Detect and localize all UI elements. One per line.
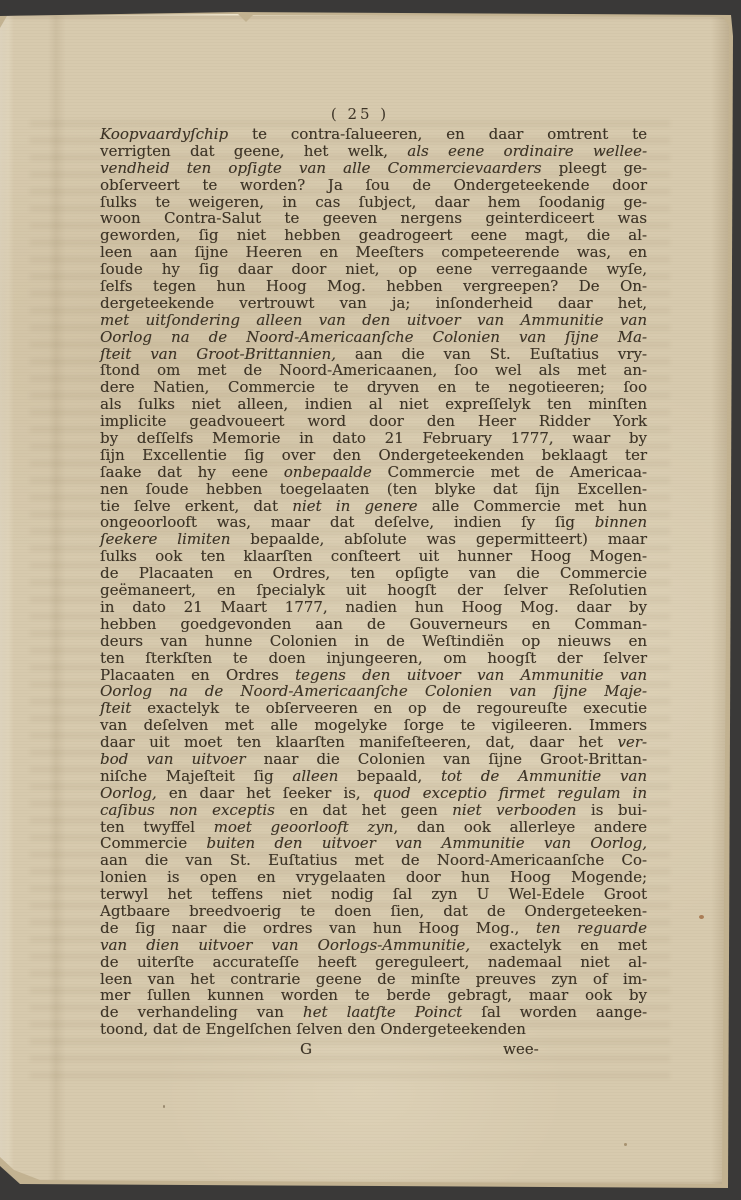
- text-segment: alle Commercie met hun: [418, 497, 647, 515]
- italic-text-segment: Oorlog,: [100, 784, 157, 802]
- text-line: met uitſondering alleen van den uitvoer …: [100, 312, 647, 329]
- italic-text-segment: moet geoorlooft zyn: [214, 818, 394, 836]
- text-line: de verhandeling van het laatſte Poinct ſ…: [100, 1004, 647, 1021]
- text-block: Koopvaardyſchip te contra-ſalueeren, en …: [100, 126, 647, 1038]
- text-segment: woon Contra-Salut te geeven nergens gein…: [100, 209, 647, 227]
- text-line: lonien is open en vrygelaaten door hun H…: [100, 869, 647, 886]
- text-line: Oorlog, en daar het ſeeker is, quod exce…: [100, 785, 647, 802]
- text-line: tie ſelve erkent, dat niet in genere all…: [100, 498, 647, 515]
- italic-text-segment: Koopvaardyſchip: [100, 125, 228, 143]
- text-line: niſche Majeſteit ſig alleen bepaald, tot…: [100, 768, 647, 785]
- text-segment: implicite geadvoueert word door den Heer…: [100, 412, 647, 430]
- text-line: toond, dat de Engelſchen ſelven den Onde…: [100, 1021, 647, 1038]
- text-segment: tie ſelve erkent, dat: [100, 497, 292, 515]
- text-segment: hebben goedgevonden aan de Gouverneurs e…: [100, 615, 647, 633]
- text-line: ſaake dat hy eene onbepaalde Commercie m…: [100, 464, 647, 481]
- text-segment: toond, dat de Engelſchen ſelven den Onde…: [100, 1020, 526, 1038]
- text-line: geëmaneert, en ſpecialyk uit hoogſt der …: [100, 582, 647, 599]
- text-segment: deurs van hunne Colonien in de Weſtindië…: [100, 632, 647, 650]
- text-line: terwyl het teffens niet nodig ſal zyn U …: [100, 886, 647, 903]
- foxing-speck: [624, 1143, 627, 1146]
- text-segment: Commercie: [100, 834, 206, 852]
- text-segment: niſche Majeſteit ſig: [100, 767, 292, 785]
- text-segment: de verhandeling van: [100, 1003, 303, 1021]
- text-segment: dergeteekende vertrouwt van ja; inſonder…: [100, 294, 647, 312]
- text-line: ongeoorlooft was, maar dat deſelve, indi…: [100, 514, 647, 531]
- text-segment: leen aan ſijne Heeren en Meeſters compet…: [100, 243, 647, 261]
- text-line: ſulks ook ten klaarſten conſteert uit hu…: [100, 548, 647, 565]
- text-segment: ſijn Excellentie ſig over den Ondergetee…: [100, 446, 647, 464]
- text-segment: de ſig naar die ordres van hun Hoog Mog.…: [100, 919, 536, 937]
- text-line: dere Natien, Commercie te dryven en te n…: [100, 379, 647, 396]
- text-line: leen van het contrarie geene de minſte p…: [100, 971, 647, 988]
- italic-text-segment: vendheid ten opſigte van alle Commerciev…: [100, 159, 541, 177]
- text-segment: ſtond om met de Noord-Americaanen, ſoo w…: [100, 361, 647, 379]
- italic-text-segment: buiten den uitvoer van Ammunitie van Oor…: [206, 834, 647, 852]
- text-segment: Placaaten en Ordres: [100, 666, 295, 684]
- text-segment: bepaald,: [338, 767, 441, 785]
- text-segment: aan die van St. Euſtatius vry-: [336, 345, 647, 363]
- text-segment: geworden, ſig niet hebben geadrogeert ee…: [100, 226, 647, 244]
- text-line: van deſelven met alle mogelyke ſorge te …: [100, 717, 647, 734]
- italic-text-segment: van dien uitvoer van Oorlogs-Ammunitie,: [100, 936, 470, 954]
- text-line: ſulks te weigeren, in cas ſubject, daar …: [100, 194, 647, 211]
- italic-text-segment: Oorlog na de Noord-Americaanſche Colonie…: [100, 682, 647, 700]
- text-line: ſijn Excellentie ſig over den Ondergetee…: [100, 447, 647, 464]
- italic-text-segment: quod exceptio firmet regulam in: [373, 784, 647, 802]
- italic-text-segment: niet verbooden: [452, 801, 576, 819]
- text-line: geworden, ſig niet hebben geadrogeert ee…: [100, 227, 647, 244]
- text-segment: exactelyk te obſerveeren en op de regour…: [131, 699, 647, 717]
- foxing-speck: [699, 915, 704, 919]
- italic-text-segment: ver-: [617, 733, 647, 751]
- text-line: van dien uitvoer van Oorlogs-Ammunitie, …: [100, 937, 647, 954]
- text-segment: ongeoorlooft was, maar dat deſelve, indi…: [100, 513, 595, 531]
- text-line: Koopvaardyſchip te contra-ſalueeren, en …: [100, 126, 647, 143]
- text-segment: Commercie met de Americaa-: [372, 463, 647, 481]
- text-line: leen aan ſijne Heeren en Meeſters compet…: [100, 244, 647, 261]
- text-line: ſteit exactelyk te obſerveeren en op de …: [100, 700, 647, 717]
- text-segment: Agtbaare breedvoerig te doen ſien, dat d…: [100, 902, 647, 920]
- italic-text-segment: caſibus non exceptis: [100, 801, 275, 819]
- text-line: in dato 21 Maart 1777, nadien hun Hoog M…: [100, 599, 647, 616]
- text-segment: nen ſoude hebben toegelaaten (ten blyke …: [100, 480, 647, 498]
- text-line: Oorlog na de Noord-Americaanſche Colonie…: [100, 329, 647, 346]
- text-line: aan die van St. Euſtatius met de Noord-A…: [100, 852, 647, 869]
- italic-text-segment: alleen: [292, 767, 338, 785]
- text-line: implicite geadvoueert word door den Heer…: [100, 413, 647, 430]
- text-line: daar uit moet ten klaarſten manifeſteere…: [100, 734, 647, 751]
- text-line: caſibus non exceptis en dat het geen nie…: [100, 802, 647, 819]
- text-segment: bepaalde, abſolute was gepermitteert) ma…: [230, 530, 647, 548]
- text-segment: verrigten dat geene, het welk,: [100, 142, 407, 160]
- text-segment: ſaake dat hy eene: [100, 463, 284, 481]
- text-segment: aan die van St. Euſtatius met de Noord-A…: [100, 851, 647, 869]
- text-segment: exactelyk en met: [470, 936, 647, 954]
- text-line: woon Contra-Salut te geeven nergens gein…: [100, 210, 647, 227]
- italic-text-segment: binnen: [595, 513, 647, 531]
- text-line: ten ſterkſten te doen injungeeren, om ho…: [100, 650, 647, 667]
- text-line: Placaaten en Ordres tegens den uitvoer v…: [100, 667, 647, 684]
- text-segment: dere Natien, Commercie te dryven en te n…: [100, 378, 647, 396]
- text-segment: en dat het geen: [275, 801, 452, 819]
- text-line: vendheid ten opſigte van alle Commerciev…: [100, 160, 647, 177]
- text-segment: naar die Colonien van ſijne Groot-Britta…: [246, 750, 647, 768]
- text-line: hebben goedgevonden aan de Gouverneurs e…: [100, 616, 647, 633]
- italic-text-segment: ten reguarde: [536, 919, 647, 937]
- text-segment: mer ſullen kunnen worden te berde gebrag…: [100, 986, 647, 1004]
- text-line: by deſſelfs Memorie in dato 21 February …: [100, 430, 647, 447]
- text-segment: als ſulks niet alleen, indien al niet ex…: [100, 395, 647, 413]
- text-segment: en daar het ſeeker is,: [157, 784, 373, 802]
- text-line: ſoude hy ſig daar door niet, op eene ver…: [100, 261, 647, 278]
- text-line: ſelfs tegen hun Hoog Mog. hebben vergree…: [100, 278, 647, 295]
- text-line: nen ſoude hebben toegelaaten (ten blyke …: [100, 481, 647, 498]
- text-line: bod van uitvoer naar die Colonien van ſi…: [100, 751, 647, 768]
- text-segment: obſerveert te worden? Ja ſou de Onderget…: [100, 176, 647, 194]
- italic-text-segment: ſeekere limiten: [100, 530, 230, 548]
- text-segment: van deſelven met alle mogelyke ſorge te …: [100, 716, 647, 734]
- text-segment: ſal worden aange-: [462, 1003, 647, 1021]
- text-segment: ſulks ook ten klaarſten conſteert uit hu…: [100, 547, 647, 565]
- text-line: ſtond om met de Noord-Americaanen, ſoo w…: [100, 362, 647, 379]
- italic-text-segment: niet in genere: [292, 497, 417, 515]
- text-segment: ſelfs tegen hun Hoog Mog. hebben vergree…: [100, 277, 647, 295]
- text-line: Oorlog na de Noord-Americaanſche Colonie…: [100, 683, 647, 700]
- text-segment: daar uit moet ten klaarſten manifeſteere…: [100, 733, 617, 751]
- text-line: verrigten dat geene, het welk, als eene …: [100, 143, 647, 160]
- signature-mark: G: [300, 1040, 312, 1058]
- text-segment: de Placaaten en Ordres, ten opſigte van …: [100, 564, 647, 582]
- italic-text-segment: tot de Ammunitie van: [441, 767, 647, 785]
- italic-text-segment: ſteit: [100, 699, 131, 717]
- text-segment: terwyl het teffens niet nodig ſal zyn U …: [100, 885, 647, 903]
- text-segment: leen van het contrarie geene de minſte p…: [100, 970, 647, 988]
- italic-text-segment: tegens den uitvoer van Ammunitie van: [295, 666, 647, 684]
- text-segment: by deſſelfs Memorie in dato 21 February …: [100, 429, 647, 447]
- text-line: Agtbaare breedvoerig te doen ſien, dat d…: [100, 903, 647, 920]
- text-segment: ten ſterkſten te doen injungeeren, om ho…: [100, 649, 647, 667]
- text-segment: te contra-ſalueeren, en daar omtrent te: [228, 125, 647, 143]
- scanned-book-page: ( 25 ) Koopvaardyſchip te contra-ſalueer…: [0, 0, 741, 1200]
- text-segment: is bui-: [576, 801, 647, 819]
- text-segment: ſulks te weigeren, in cas ſubject, daar …: [100, 193, 647, 211]
- text-segment: pleegt ge-: [541, 159, 647, 177]
- text-line: de uiterſte accurateſſe heeft gereguleer…: [100, 954, 647, 971]
- catchline: G wee-: [100, 1040, 647, 1058]
- text-segment: lonien is open en vrygelaaten door hun H…: [100, 868, 647, 886]
- text-line: dergeteekende vertrouwt van ja; inſonder…: [100, 295, 647, 312]
- text-line: mer ſullen kunnen worden te berde gebrag…: [100, 987, 647, 1004]
- text-segment: de uiterſte accurateſſe heeft gereguleer…: [100, 953, 647, 971]
- text-segment: in dato 21 Maart 1777, nadien hun Hoog M…: [100, 598, 647, 616]
- text-line: de Placaaten en Ordres, ten opſigte van …: [100, 565, 647, 582]
- italic-text-segment: als eene ordinaire wellee-: [407, 142, 647, 160]
- italic-text-segment: Oorlog na de Noord-Americaanſche Colonie…: [100, 328, 647, 346]
- text-line: ten twyffel moet geoorlooft zyn, dan ook…: [100, 819, 647, 836]
- catchword: wee-: [503, 1040, 539, 1058]
- text-segment: geëmaneert, en ſpecialyk uit hoogſt der …: [100, 581, 647, 599]
- text-line: Commercie buiten den uitvoer van Ammunit…: [100, 835, 647, 852]
- text-line: ſteit van Groot-Brittannien, aan die van…: [100, 346, 647, 363]
- text-line: obſerveert te worden? Ja ſou de Onderget…: [100, 177, 647, 194]
- italic-text-segment: bod van uitvoer: [100, 750, 246, 768]
- text-line: de ſig naar die ordres van hun Hoog Mog.…: [100, 920, 647, 937]
- italic-text-segment: het laatſte Poinct: [303, 1003, 462, 1021]
- italic-text-segment: ſteit van Groot-Brittannien,: [100, 345, 336, 363]
- italic-text-segment: met uitſondering alleen van den uitvoer …: [100, 311, 647, 329]
- text-segment: ten twyffel: [100, 818, 214, 836]
- foxing-speck: [163, 1105, 165, 1108]
- italic-text-segment: onbepaalde: [284, 463, 372, 481]
- page-number: ( 25 ): [100, 105, 620, 123]
- text-line: deurs van hunne Colonien in de Weſtindië…: [100, 633, 647, 650]
- text-line: als ſulks niet alleen, indien al niet ex…: [100, 396, 647, 413]
- text-segment: ſoude hy ſig daar door niet, op eene ver…: [100, 260, 647, 278]
- text-segment: , dan ook allerleye andere: [393, 818, 647, 836]
- text-line: ſeekere limiten bepaalde, abſolute was g…: [100, 531, 647, 548]
